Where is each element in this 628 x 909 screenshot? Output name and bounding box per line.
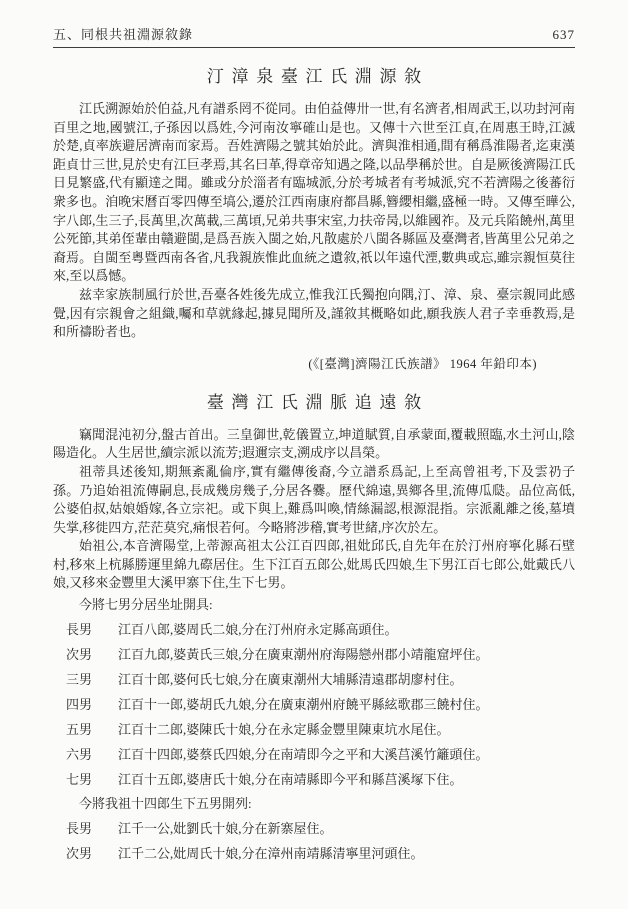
page-number: 637 <box>553 26 576 44</box>
section1-paragraph-1: 江氏溯源始於伯益,凡有譜系罔不從同。由伯益傳卅一世,有名濟者,相周武王,以功封河… <box>53 100 575 286</box>
source-citation: (《[臺灣]濟陽江氏族譜》 1964 年鉛印本) <box>53 355 575 374</box>
section2-paragraph-1: 竊聞混沌初分,盤古首出。三皇御世,乾儀置立,坤道賦質,自承蒙面,覆載照臨,水土河… <box>53 426 575 463</box>
son-detail: 江百十四郎,婆蔡氏四娘,分在南靖即今之平和大溪莒溪竹籬頭住。 <box>100 742 489 767</box>
seven-sons-intro: 今將七男分居坐址開具: <box>53 593 575 617</box>
son-detail: 江千一公,妣劉氏十娘,分在新寨屋住。 <box>100 816 333 841</box>
son-detail: 江百十郎,婆何氏七娘,分在廣東潮州大埔縣清遠郡胡廖村住。 <box>100 667 463 692</box>
son-rank-label: 長男 <box>66 816 100 841</box>
running-title: 五、同根共祖淵源敘錄 <box>53 26 193 44</box>
son-entry: 長男 江百八郎,婆周氏二娘,分在汀州府永定縣高頭住。 <box>53 617 575 642</box>
son-detail: 江百十二郎,婆陳氏十娘,分在永定縣金豐里陳東坑水尾住。 <box>100 717 450 742</box>
son-entry: 次男 江百九郎,婆黃氏三娘,分在廣東潮州府海陽戀州郡小靖龍窟坪住。 <box>53 642 575 667</box>
header-rule <box>53 47 575 48</box>
son-entry: 長男 江千一公,妣劉氏十娘,分在新寨屋住。 <box>53 816 575 841</box>
section1-paragraph-2: 兹幸家族制風行於世,吾臺各姓後先成立,惟我江氏獨抱向隅,汀、漳、泉、臺宗親同此感… <box>53 286 575 342</box>
son-entry: 三男 江百十郎,婆何氏七娘,分在廣東潮州大埔縣清遠郡胡廖村住。 <box>53 667 575 692</box>
son-rank-label: 長男 <box>66 617 100 642</box>
son-entry: 七男 江百十五郎,婆唐氏十娘,分在南靖縣即今平和縣莒溪塚下住。 <box>53 767 575 792</box>
son-entry: 六男 江百十四郎,婆蔡氏四娘,分在南靖即今之平和大溪莒溪竹籬頭住。 <box>53 742 575 767</box>
son-rank-label: 七男 <box>66 767 100 792</box>
section2-title: 臺灣江氏淵脈追遠敘 <box>53 391 575 415</box>
section1-title: 汀漳泉臺江氏淵源敘 <box>53 65 575 89</box>
page-header: 五、同根共祖淵源敘錄 637 <box>53 26 575 44</box>
son-rank-label: 四男 <box>66 692 100 717</box>
son-detail: 江百十一郎,婆胡氏九娘,分在廣東潮州府饒平縣絃歌郡三饒村住。 <box>100 692 489 717</box>
son-entry: 五男 江百十二郎,婆陳氏十娘,分在永定縣金豐里陳東坑水尾住。 <box>53 717 575 742</box>
document-page: 五、同根共祖淵源敘錄 637 汀漳泉臺江氏淵源敘 江氏溯源始於伯益,凡有譜系罔不… <box>0 0 628 909</box>
son-rank-label: 次男 <box>66 841 100 866</box>
son-detail: 江百九郎,婆黃氏三娘,分在廣東潮州府海陽戀州郡小靖龍窟坪住。 <box>100 642 489 667</box>
son-detail: 江百八郎,婆周氏二娘,分在汀州府永定縣高頭住。 <box>100 617 398 642</box>
section2-paragraph-3: 始祖公,本音濟陽堂,上蒂源高祖太公江百四郎,祖妣邱氏,自先年在於汀州府寧化縣石壁… <box>53 537 575 593</box>
son-detail: 江千二公,妣周氏十娘,分在漳州南靖縣清寧里河頭住。 <box>100 841 424 866</box>
son-entry: 四男 江百十一郎,婆胡氏九娘,分在廣東潮州府饒平縣絃歌郡三饒村住。 <box>53 692 575 717</box>
section2-paragraph-2: 祖蒂具述後知,期無紊亂倫序,實有繼傳後裔,今立譜系爲記,上至高曾祖考,下及雲礽子… <box>53 463 575 537</box>
son-rank-label: 五男 <box>66 717 100 742</box>
son-detail: 江百十五郎,婆唐氏十娘,分在南靖縣即今平和縣莒溪塚下住。 <box>100 767 463 792</box>
son-entry: 次男 江千二公,妣周氏十娘,分在漳州南靖縣清寧里河頭住。 <box>53 841 575 866</box>
son-rank-label: 次男 <box>66 642 100 667</box>
son-rank-label: 六男 <box>66 742 100 767</box>
son-rank-label: 三男 <box>66 667 100 692</box>
five-sons-intro: 今將我祖十四郎生下五男開列: <box>53 792 575 816</box>
